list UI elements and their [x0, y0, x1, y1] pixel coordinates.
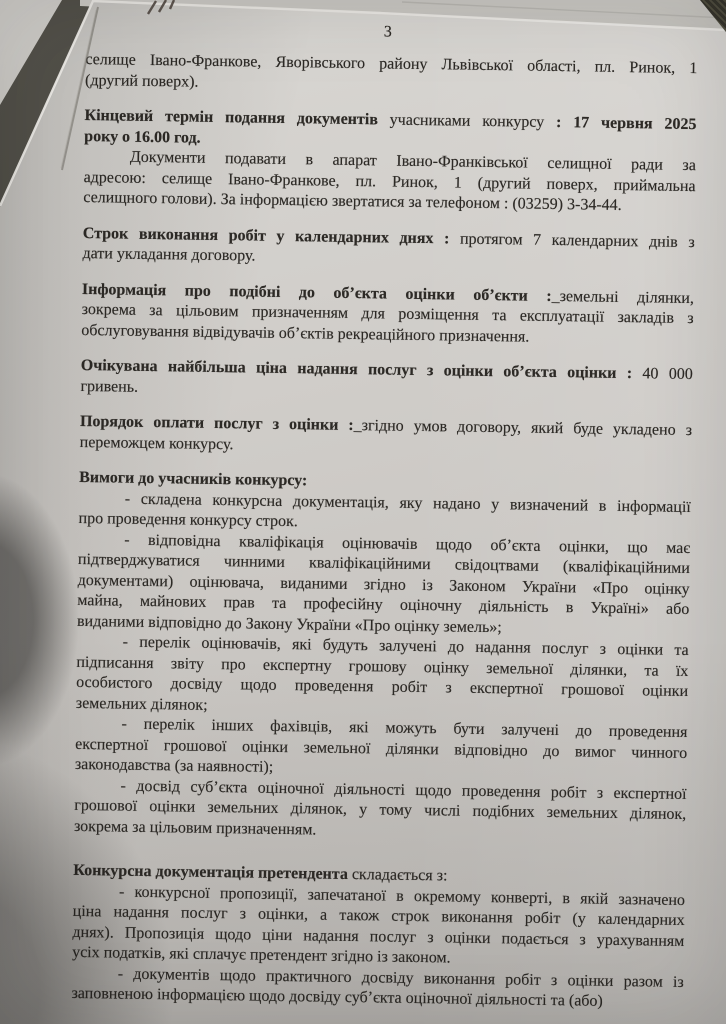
text-segment: дати укладання договору. — [82, 245, 255, 265]
first-line-indent — [77, 646, 123, 647]
bold-text-segment: року о 16.00 год. — [84, 127, 201, 146]
text-segment: зокрема за цільовим призначенням. — [74, 817, 317, 838]
req-item-appraisers-list: - перелік оцінювачів, які будуть залучен… — [76, 632, 689, 723]
para-similar-objects: Інформація про подібні до об’єкта оцінки… — [81, 279, 694, 350]
para-location: селище Івано-Франкове, Яворівського райо… — [85, 50, 698, 100]
doc-item-proposal: - конкурсної пропозиції, запечатаної в о… — [72, 881, 685, 972]
text-segment: протягом 7 календарних днів з — [449, 230, 695, 251]
first-line-indent — [79, 502, 125, 503]
text-segment: (другий поверх). — [85, 71, 199, 90]
req-item-other-specialists: - перелік інших фахівців, які можуть бут… — [75, 714, 688, 785]
bold-text-segment: Конкурсна документація претендента — [73, 862, 348, 883]
first-line-indent — [84, 161, 130, 162]
para-work-term: Строк виконання робіт у календарних днях… — [82, 223, 695, 273]
text-segment: учасниками конкурсу — [378, 111, 556, 131]
first-line-indent — [73, 895, 119, 896]
text-segment: складається з: — [348, 866, 448, 884]
first-line-indent — [72, 977, 118, 978]
text-segment: усіх податків, які сплачує претендент зг… — [72, 944, 451, 967]
text-segment: переможцем конкурсу. — [80, 433, 234, 452]
para-submission-address: Документи подавати в апарат Івано-Франкі… — [83, 147, 696, 218]
first-line-indent — [75, 728, 121, 729]
bold-text-segment: : 17 червня 2025 — [556, 114, 697, 133]
photo-scene: 3 селище Івано-Франкове, Яворівського ра… — [0, 0, 726, 1024]
first-line-indent — [75, 789, 121, 790]
document-page: 3 селище Івано-Франкове, Яворівського ра… — [0, 0, 726, 1024]
text-segment: земельних ділянок; — [76, 694, 208, 713]
text-segment: _земельні ділянки, — [552, 287, 695, 306]
first-line-indent — [78, 543, 124, 544]
text-segment: законодавства (за наявності); — [75, 756, 274, 776]
req-item-experience: - досвід суб’єкта оціночної діяльності щ… — [74, 775, 687, 846]
doc-item-experience-documents: - документів щодо практичного досвіду ви… — [71, 963, 684, 1013]
req-item-qualification: - відповідна кваліфікація оцінювачів щод… — [77, 529, 690, 641]
bold-text-segment: Порядок оплати послуг з оцінки : — [80, 413, 354, 434]
text-segment: гривень. — [80, 377, 138, 395]
text-segment: _згідно умов договору, який буде укладен… — [354, 417, 693, 439]
bold-text-segment: Кінцевий термін подання документів — [84, 107, 378, 128]
para-expected-price: Очікувана найбільша ціна надання послуг … — [80, 356, 693, 406]
text-segment: про проведення конкурсу строк. — [78, 510, 297, 530]
text-segment: 40 000 — [632, 365, 693, 383]
bold-text-segment: Строк виконання робіт у календарних днях… — [83, 224, 450, 246]
text-column: 3 селище Івано-Франкове, Яворівського ра… — [71, 18, 698, 1013]
para-payment: Порядок оплати послуг з оцінки :_згідно … — [80, 412, 693, 462]
bold-text-segment: Вимоги до учасників конкурсу: — [79, 469, 307, 489]
